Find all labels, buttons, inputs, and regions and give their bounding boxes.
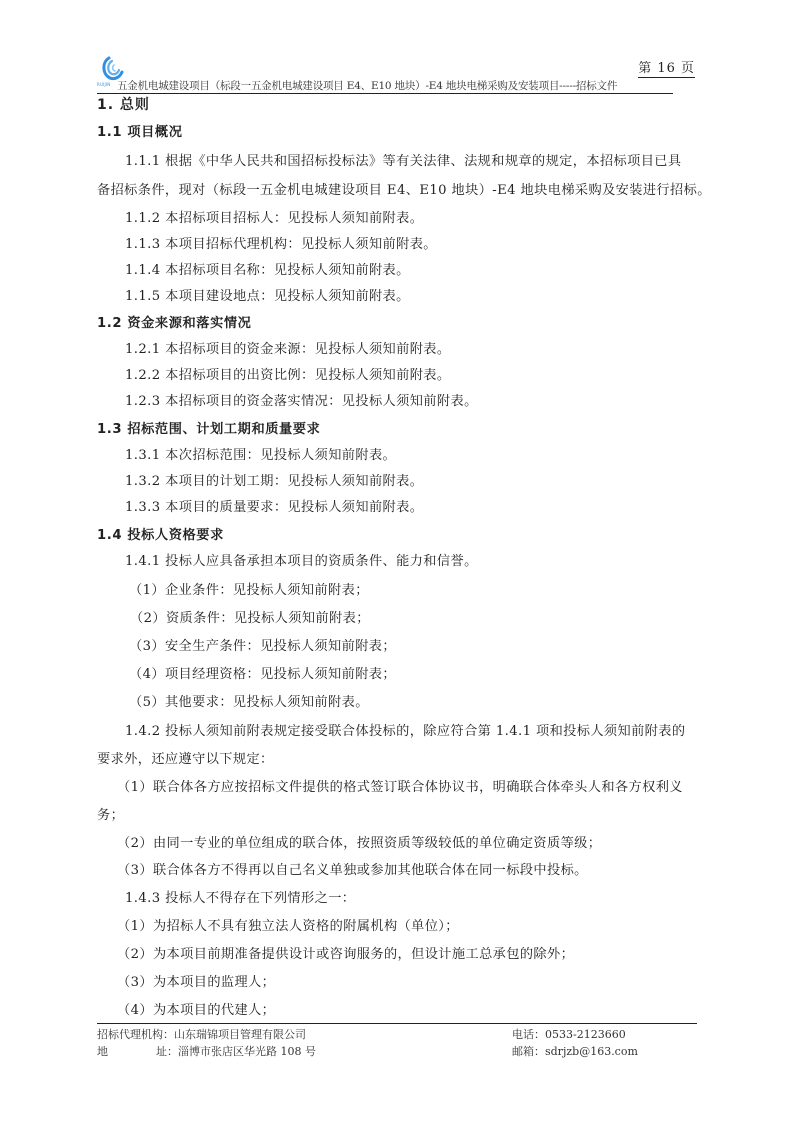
heading-1-1: 1.1 项目概况	[97, 121, 183, 140]
joint-rule-2: （2）由同一专业的单位组成的联合体，按照资质等级较低的单位确定资质等级；	[117, 832, 601, 851]
joint-rule-3: （3）联合体各方不得再以自己名义单独或参加其他联合体在同一标段中投标。	[117, 859, 588, 878]
exclusion-item: （4）为本项目的代建人；	[117, 999, 275, 1018]
list-item: 1.3.2 本项目的计划工期：见投标人须知前附表。	[125, 470, 423, 489]
paragraph-1-4-3: 1.4.3 投标人不得存在下列情形之一：	[125, 887, 355, 906]
page-header: RUIJIN 五金机电城建设项目（标段一五金机电城建设项目 E4、E10 地块）…	[97, 52, 697, 92]
heading-1-4: 1.4 投标人资格要求	[97, 524, 224, 543]
address-label-part2: 址：	[156, 1045, 178, 1058]
paragraph-1-4-2-line2: 要求外，还应遵守以下规定：	[97, 748, 274, 767]
section-heading-general: 1. 总则	[97, 94, 150, 114]
joint-rule-1-line1: （1）联合体各方应按招标文件提供的格式签订联合体协议书，明确联合体牵头人和各方权…	[117, 776, 683, 795]
address-label-part1: 地	[97, 1045, 108, 1058]
condition-item: （2）资质条件：见投标人须知前附表；	[130, 607, 370, 626]
exclusion-item: （3）为本项目的监理人；	[117, 971, 275, 990]
exclusion-item: （2）为本项目前期准备提供设计或咨询服务的，但设计施工总承包的除外；	[117, 943, 574, 962]
list-item: 1.2.2 本招标项目的出资比例：见投标人须知前附表。	[125, 364, 450, 383]
document-header-title: 五金机电城建设项目（标段一五金机电城建设项目 E4、E10 地块）-E4 地块电…	[117, 78, 617, 93]
list-item: 1.1.3 本项目招标代理机构：见投标人须知前附表。	[125, 233, 437, 252]
list-item: 1.3.3 本项目的质量要求：见投标人须知前附表。	[125, 496, 423, 515]
address-row: 地址：淄博市张店区华光路 108 号	[97, 1043, 316, 1059]
paragraph-1-4-1: 1.4.1 投标人应具备承担本项目的资质条件、能力和信誉。	[125, 550, 478, 569]
list-item: 1.1.2 本招标项目招标人：见投标人须知前附表。	[125, 207, 423, 226]
paragraph-1-4-2-line1: 1.4.2 投标人须知前附表规定接受联合体投标的，除应符合第 1.4.1 项和投…	[125, 720, 685, 739]
agency-value: 山东瑞锦项目管理有限公司	[174, 1028, 306, 1041]
list-item: 1.3.1 本次招标范围：见投标人须知前附表。	[125, 444, 396, 463]
footer-divider	[97, 1023, 697, 1024]
agency-row: 招标代理机构：山东瑞锦项目管理有限公司	[97, 1026, 306, 1042]
list-item: 1.1.4 本招标项目名称：见投标人须知前附表。	[125, 259, 410, 278]
logo-caption: RUIJIN	[97, 82, 110, 87]
heading-1-3: 1.3 招标范围、计划工期和质量要求	[97, 418, 320, 437]
page-number: 第 16 页	[638, 57, 695, 78]
list-item: 1.1.5 本项目建设地点：见投标人须知前附表。	[125, 285, 410, 304]
header-divider	[97, 93, 673, 94]
condition-item: （3）安全生产条件：见投标人须知前附表；	[129, 635, 396, 654]
heading-1-2: 1.2 资金来源和落实情况	[97, 312, 251, 331]
address-value: 淄博市张店区华光路 108 号	[178, 1045, 316, 1058]
exclusion-item: （1）为招标人不具有独立法人资格的附属机构（单位）；	[117, 915, 459, 934]
email-label: 邮箱：	[512, 1045, 545, 1058]
phone-label: 电话：	[512, 1028, 545, 1041]
paragraph-1-1-1-line2: 备招标条件，现对（标段一五金机电城建设项目 E4、E10 地块）-E4 地块电梯…	[97, 179, 711, 198]
condition-item: （1）企业条件：见投标人须知前附表；	[129, 579, 369, 598]
email-row: 邮箱：sdrjzb@163.com	[512, 1043, 638, 1059]
list-item: 1.2.1 本招标项目的资金来源：见投标人须知前附表。	[125, 338, 450, 357]
email-value: sdrjzb@163.com	[545, 1045, 638, 1058]
phone-row: 电话：0533-2123660	[512, 1026, 626, 1042]
paragraph-1-1-1-line1: 1.1.1 根据《中华人民共和国招标投标法》等有关法律、法规和规章的规定，本招标…	[125, 150, 681, 169]
joint-rule-1-line2: 务；	[97, 804, 124, 823]
phone-value: 0533-2123660	[545, 1028, 626, 1041]
agency-label: 招标代理机构：	[97, 1028, 174, 1041]
list-item: 1.2.3 本招标项目的资金落实情况：见投标人须知前附表。	[125, 390, 478, 409]
condition-item: （4）项目经理资格：见投标人须知前附表；	[129, 663, 396, 682]
condition-item: （5）其他要求：见投标人须知前附表。	[129, 691, 369, 710]
